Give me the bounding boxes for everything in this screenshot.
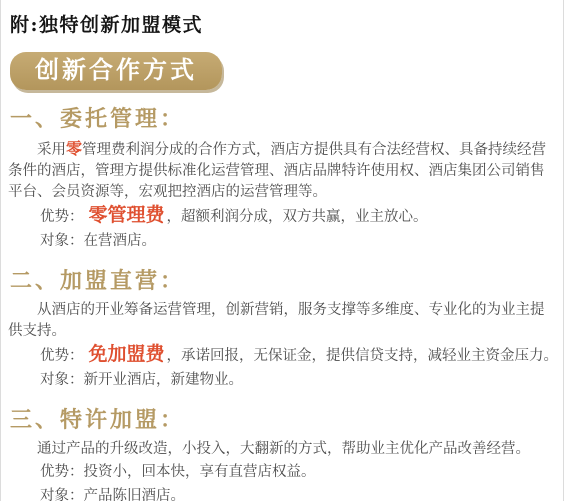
target-text: 新开业酒店，新建物业。 — [84, 372, 244, 388]
section-licensed-franchise: 三、特许加盟： 通过产品的升级改造，小投入，大翻新的方式，帮助业主优化产品改善经… — [8, 408, 556, 501]
section-body: 从酒店的开业筹备运营管理，创新营销，服务支撑等多维度、专业化的为业主提供支持。 — [8, 300, 556, 342]
section-heading: 二、加盟直营： — [10, 269, 556, 294]
document-title: 附:独特创新加盟模式 — [10, 13, 556, 37]
body-text-prefix: 从酒店的开业筹备运营管理，创新营销，服务支撑等多维度、专业化的为业主提供支持。 — [8, 302, 545, 339]
target-label: 对象： — [40, 488, 84, 501]
advantage-label: 优势： — [40, 209, 84, 225]
section-heading: 一、委托管理： — [10, 107, 556, 132]
advantage-text: ，超额利润分成，双方共赢，业主放心。 — [167, 209, 428, 225]
target-label: 对象： — [40, 372, 84, 388]
body-emphasis-text: 零 — [66, 139, 82, 158]
section-heading: 三、特许加盟： — [10, 408, 556, 433]
target-line: 对象：在营酒店。 — [40, 230, 556, 253]
target-line: 对象：产品陈旧酒店。 — [40, 485, 556, 501]
banner-label: 创新合作方式 — [35, 56, 197, 84]
section-body: 通过产品的升级改造，小投入，大翻新的方式，帮助业主优化产品改善经营。 — [8, 439, 556, 460]
section-entrusted-management: 一、委托管理： 采用零管理费利润分成的合作方式，酒店方提供具有合法经营权、具备持… — [8, 107, 556, 253]
target-text: 产品陈旧酒店。 — [84, 488, 186, 501]
target-label: 对象： — [40, 233, 84, 249]
section-franchise-direct: 二、加盟直营： 从酒店的开业筹备运营管理，创新营销，服务支撑等多维度、专业化的为… — [8, 269, 556, 392]
target-line: 对象：新开业酒店，新建物业。 — [40, 369, 556, 392]
target-text: 在营酒店。 — [84, 233, 157, 249]
advantage-label: 优势： — [40, 348, 84, 364]
advantage-emphasis-text: 零管理费 — [89, 204, 165, 226]
body-text-prefix: 通过产品的升级改造，小投入，大翻新的方式，帮助业主优化产品改善经营。 — [37, 441, 530, 457]
advantage-line: 优势：免加盟费，承诺回报，无保证金，提供信贷支持，减轻业主资金压力。 — [40, 343, 556, 368]
document-page: 附:独特创新加盟模式 创新合作方式 一、委托管理： 采用零管理费利润分成的合作方… — [0, 0, 564, 501]
body-text-rest: 管理费利润分成的合作方式，酒店方提供具有合法经营权、具备持续经营条件的酒店，管理… — [8, 142, 546, 200]
section-body: 采用零管理费利润分成的合作方式，酒店方提供具有合法经营权、具备持续经营条件的酒店… — [8, 138, 556, 203]
advantage-line: 优势：零管理费，超额利润分成，双方共赢，业主放心。 — [40, 204, 556, 229]
advantage-label: 优势： — [40, 464, 84, 480]
advantage-line: 优势：投资小，回本快，享有直营店权益。 — [40, 461, 556, 484]
body-text-prefix: 采用 — [37, 142, 66, 158]
advantage-text: ，承诺回报，无保证金，提供信贷支持，减轻业主资金压力。 — [167, 348, 559, 364]
advantage-emphasis-text: 免加盟费 — [89, 343, 165, 365]
banner-ribbon: 创新合作方式 — [10, 52, 222, 90]
advantage-text: 投资小，回本快，享有直营店权益。 — [84, 464, 316, 480]
